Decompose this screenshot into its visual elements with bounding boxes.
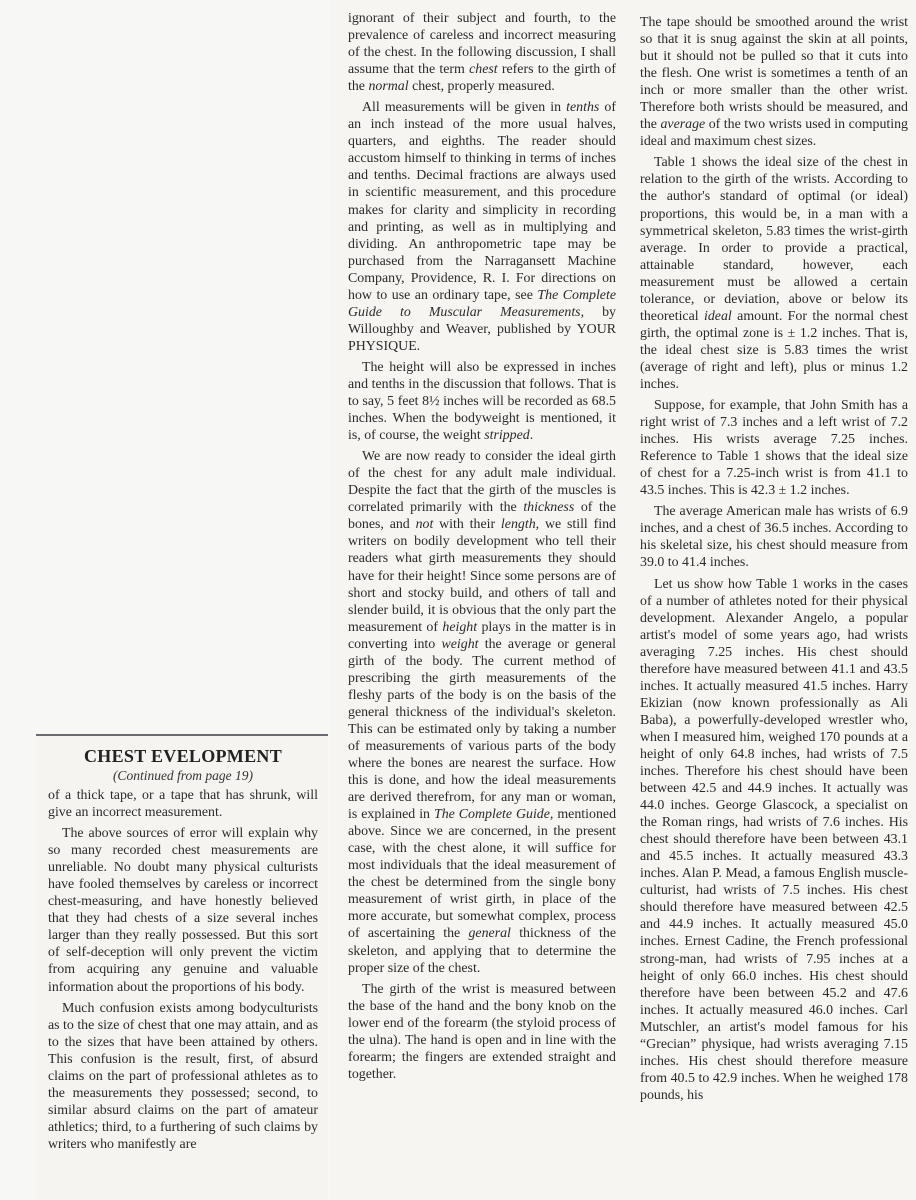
emphasis: length, <box>501 517 539 532</box>
paragraph: The girth of the wrist is measured betwe… <box>348 981 616 1083</box>
paragraph: Suppose, for example, that John Smith ha… <box>640 397 908 499</box>
article-title: CHEST EVELOPMENT <box>48 746 318 767</box>
continued-note: (Continued from page 19) <box>48 768 318 784</box>
paragraph: Much confusion exists among bodyculturis… <box>48 1000 318 1153</box>
paragraph: Let us show how Table 1 works in the cas… <box>640 576 908 1104</box>
column-left: of a thick tape, or a tape that has shru… <box>48 787 318 1153</box>
column-middle: ignorant of their subject and fourth, to… <box>348 10 616 1083</box>
paragraph: The average American male has wrists of … <box>640 503 908 571</box>
paragraph: The tape should be smoothed around the w… <box>640 14 908 150</box>
emphasis: average <box>660 117 705 132</box>
paragraph: Table 1 shows the ideal size of the ches… <box>640 154 908 393</box>
emphasis: weight <box>441 637 478 652</box>
paragraph: The above sources of error will explain … <box>48 825 318 995</box>
emphasis: not <box>416 517 434 532</box>
emphasis: thickness <box>523 500 574 515</box>
emphasis: stripped <box>484 428 530 443</box>
paragraph: We are now ready to consider the ideal g… <box>348 448 616 976</box>
column-right: The tape should be smoothed around the w… <box>640 14 908 1104</box>
paragraph: The height will also be expressed in inc… <box>348 359 616 444</box>
emphasis: chest <box>469 62 498 77</box>
emphasis: ideal <box>704 309 732 324</box>
paragraph: All measurements will be given in tenths… <box>348 99 616 355</box>
emphasis: general <box>468 926 510 941</box>
emphasis: The Complete Guide to Muscular Measureme… <box>348 288 616 320</box>
emphasis: The Complete Guide, <box>434 807 553 822</box>
paragraph: ignorant of their subject and fourth, to… <box>348 10 616 95</box>
paragraph: of a thick tape, or a tape that has shru… <box>48 787 318 821</box>
emphasis: height <box>442 620 477 635</box>
emphasis: normal <box>368 79 408 94</box>
emphasis: tenths <box>566 100 599 115</box>
